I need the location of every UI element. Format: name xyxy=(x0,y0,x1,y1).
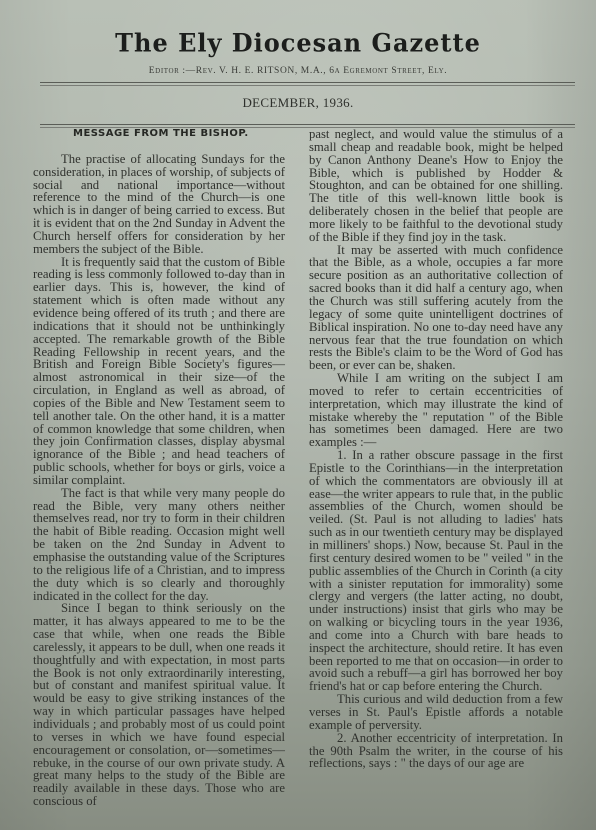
editor-line: Editor :—Rev. V. H. E. RITSON, M.A., 6a … xyxy=(0,66,596,76)
paragraph: 1. In a rather obscure passage in the fi… xyxy=(309,449,563,693)
paragraph: 2. Another eccentricity of interpretatio… xyxy=(309,732,563,771)
divider-rule xyxy=(40,82,575,83)
divider-rule xyxy=(40,85,575,86)
paragraph: The practise of allocating Sundays for t… xyxy=(33,153,285,256)
paragraph: Since I began to think seriously on the … xyxy=(33,602,285,808)
divider-rule xyxy=(40,124,575,125)
paragraph: It may be asserted with much confidence … xyxy=(309,244,563,372)
paragraph: While I am writing on the subject I am m… xyxy=(309,372,563,449)
paragraph: It is frequently said that the custom of… xyxy=(33,256,285,487)
paragraph: past neglect, and would value the stimul… xyxy=(309,128,563,244)
article-heading: MESSAGE FROM THE BISHOP. xyxy=(73,128,285,141)
issue-date: DECEMBER, 1936. xyxy=(0,95,596,111)
left-column: MESSAGE FROM THE BISHOP. The practise of… xyxy=(33,128,285,808)
paragraph: The fact is that while very many people … xyxy=(33,487,285,603)
paragraph: This curious and wild deduction from a f… xyxy=(309,693,563,732)
masthead-title: The Ely Diocesan Gazette xyxy=(0,27,596,57)
right-column: past neglect, and would value the stimul… xyxy=(309,128,563,770)
